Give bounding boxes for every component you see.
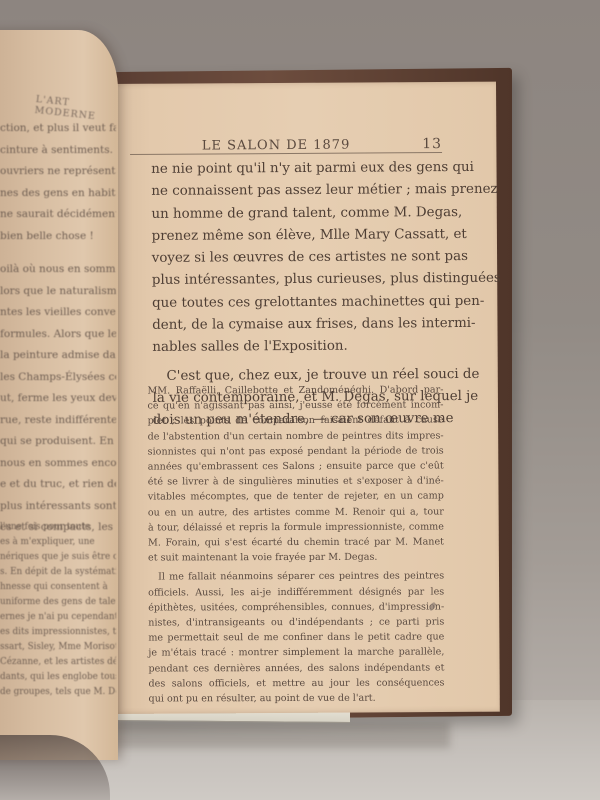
left-footnote-line: l'une fois pour toute [0, 520, 116, 535]
left-footnote: l'une fois pour toute es à m'expliquer, … [0, 520, 116, 700]
footnote-line: MM. Raffaëlli, Caillebotte et Zandoménég… [147, 382, 443, 398]
left-line: qui se produisent. En peinture [0, 431, 116, 453]
left-line: la peinture admise dans la [0, 345, 116, 367]
left-line: ne saurait décidément rien sur l'ar [0, 204, 116, 226]
left-footnote-line: dants, qui les englobe tous [0, 670, 116, 685]
left-footnote-line: de groupes, tels que M. Degas [0, 685, 116, 700]
page-number: 13 [422, 136, 442, 152]
body-line: ne connaissent pas assez leur métier ; m… [151, 179, 447, 203]
footnote-line: je m'étais tracé : montrer simplement la… [148, 645, 444, 661]
left-body-text: ction, et plus il veut faire de grâ cint… [0, 118, 116, 539]
left-line: nous en sommes encore au Prem [0, 453, 116, 475]
left-footnote-line: hnesse qui consentent à [0, 580, 116, 595]
left-footnote-line: ssart, Sisley, Mme Morisot, MM. [0, 640, 116, 655]
footnote-line: vitables mécomptes, que de tenter de rej… [148, 489, 444, 505]
right-running-head: LE SALON DE 1879 13 [130, 133, 442, 155]
left-footnote-line: uniforme des gens de talent [0, 595, 116, 610]
body-line: voyez si les œuvres de ces artistes ne s… [152, 246, 448, 270]
footnote-line: et suit maintenant la voie frayée par M.… [148, 550, 444, 566]
book-shadow [100, 722, 450, 748]
left-line: ouvriers ne représentera jamais des [0, 161, 116, 183]
footnote-line: épithètes, usitées, compréhensibles, con… [148, 599, 444, 615]
left-footnote-line: Cézanne, et les artistes désignés [0, 655, 116, 670]
footnote-line: pendant ces dernières années, des salons… [148, 660, 444, 676]
left-footnote-line: ernes je n'ai pu cependant [0, 610, 116, 625]
left-footnote-line: nériques que je suis être obligé [0, 550, 116, 565]
footnote-line: été se livrer à de singulières minuties … [148, 474, 444, 490]
left-line: ntes les vieilles conventions [0, 302, 116, 324]
footnote-line: officiels. Aussi, les ai-je indifféremme… [148, 584, 444, 600]
left-footnote-line: es à m'expliquer, une [0, 535, 116, 550]
footnote: MM. Raffaëlli, Caillebotte et Zandoménég… [147, 382, 444, 706]
footnote-line: sionnistes qui n'ont pas exposé pendant … [148, 443, 444, 459]
footnote-line: années qu'embrassent ces Salons ; ensuit… [148, 458, 444, 474]
footnote-line: me permettait seul de me confiner dans l… [148, 630, 444, 646]
left-line: formules. Alors que le roman [0, 324, 116, 346]
left-line: nes des gens en habit noir, qu'il [0, 183, 116, 205]
body-line: prenez même son élève, Mlle Mary Cassatt… [152, 224, 448, 248]
body-line: dent, de la cymaise aux frises, dans les… [152, 313, 448, 337]
running-head-title: LE SALON DE 1879 [130, 137, 422, 154]
footnote-line: nistes, d'intransigeants ou d'indépendan… [148, 615, 444, 631]
left-line: plus intéressants sont ces [0, 496, 116, 518]
footnote-line: Il me fallait néanmoins séparer ces pein… [148, 569, 444, 585]
body-line: un homme de grand talent, comme M. Degas… [151, 202, 447, 226]
left-line: lors que le naturalisme a empo [0, 281, 116, 303]
left-line: e et du truc, et rien de plus. [0, 474, 116, 496]
left-line: ut, ferme les yeux devant [0, 388, 116, 410]
footnote-line: ce qu'en n'agissant pas ainsi, j'eusse é… [147, 398, 443, 414]
left-line: les Champs-Élysées continue [0, 367, 116, 389]
body-line: plus intéressantes, plus curieuses, plus… [152, 269, 448, 293]
footnote-line: à tour, délaissé et repris la formule im… [148, 519, 444, 535]
left-footnote-line: s. En dépit de la systématique [0, 565, 116, 580]
footnote-line: ou en un autre, des artistes comme M. Re… [148, 504, 444, 520]
left-line: bien belle chose ! [0, 226, 116, 248]
footnote-line: des salons officiels, et mettre au jour … [148, 675, 444, 691]
body-line: ne nie point qu'il n'y ait parmi eux des… [151, 157, 447, 181]
body-line: nables salles de l'Exposition. [152, 335, 448, 359]
footnote-line: de l'abstention d'un certain nombre de p… [148, 428, 444, 444]
left-line: ction, et plus il veut faire de grâ [0, 118, 116, 140]
footnote-line: plet ; les points de comparaison faisaie… [148, 413, 444, 429]
left-line: rue, reste indifférente ou [0, 410, 116, 432]
left-line: cinture à sentiments. Un peintre [0, 140, 116, 162]
body-line: que toutes ces grelottantes machinettes … [152, 291, 448, 315]
left-line: oilà où nous en sommes, et l'on [0, 259, 116, 281]
footnote-line: M. Forain, qui s'est écarté du chemin tr… [148, 535, 444, 551]
left-footnote-line: es dits impressionnistes, tels que [0, 625, 116, 640]
footnote-line: qui ont pu en résulter, au point de vue … [149, 691, 445, 707]
